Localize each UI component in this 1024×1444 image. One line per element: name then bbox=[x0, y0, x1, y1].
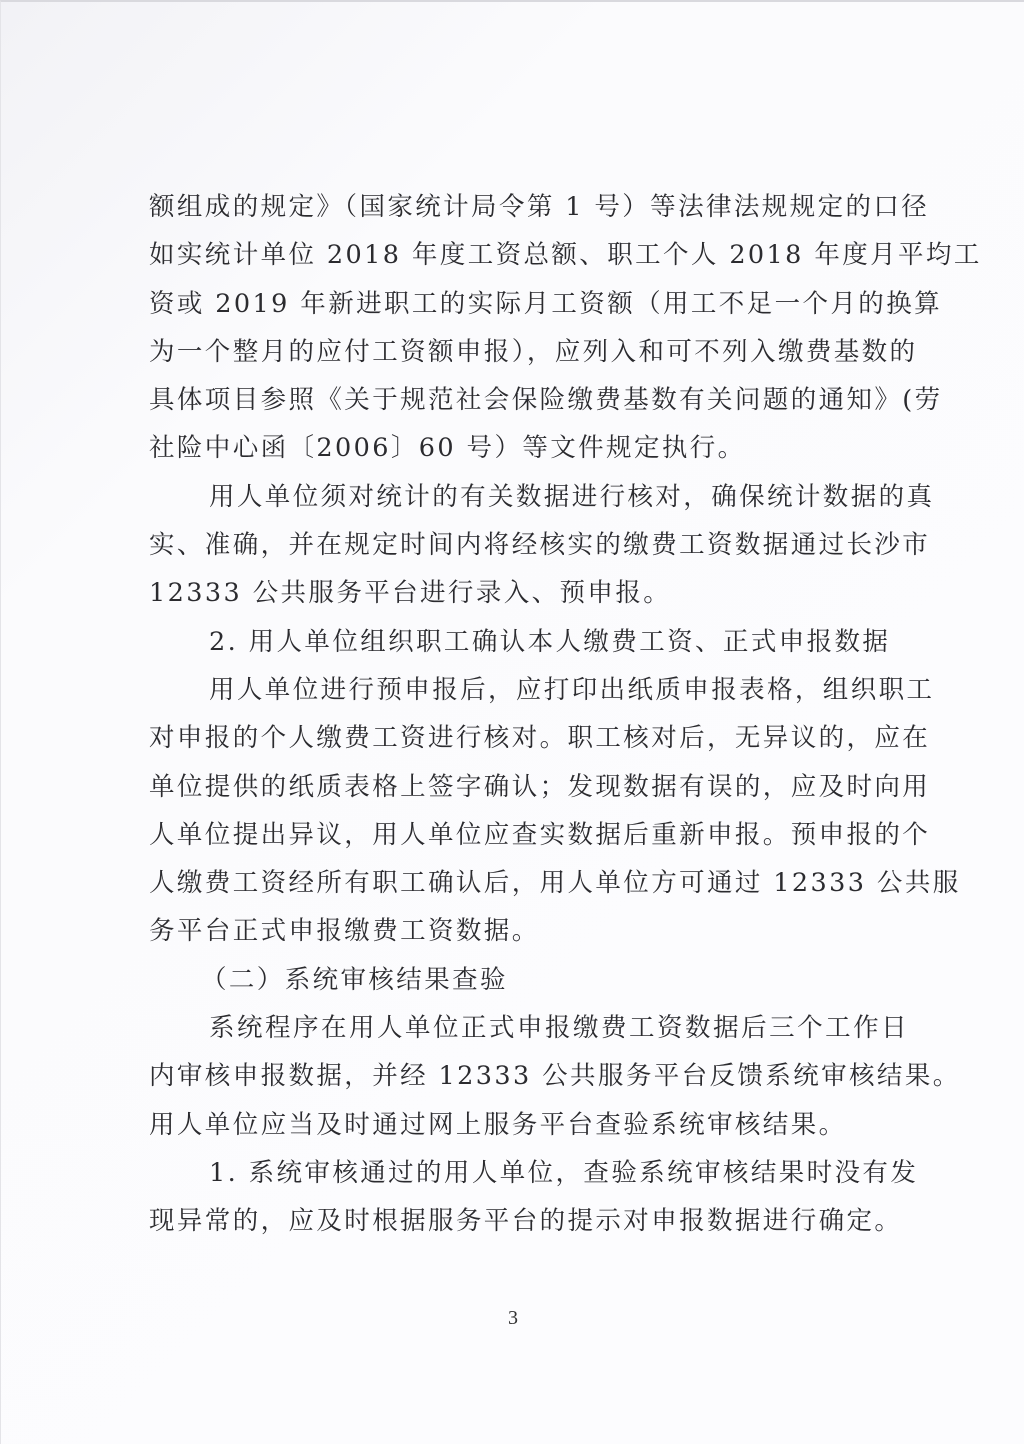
text-line: 系统程序在用人单位正式申报缴费工资数据后三个工作日 bbox=[149, 1004, 909, 1052]
section-heading: 2. 用人单位组织职工确认本人缴费工资、正式申报数据 bbox=[149, 618, 909, 666]
text-line: 用人单位须对统计的有关数据进行核对，确保统计数据的真 bbox=[149, 473, 909, 521]
text-line: 对申报的个人缴费工资进行核对。职工核对后，无异议的，应在 bbox=[149, 714, 909, 762]
section-heading: （二）系统审核结果查验 bbox=[149, 956, 909, 1004]
text-line: 务平台正式申报缴费工资数据。 bbox=[149, 907, 909, 955]
text-line: 现异常的，应及时根据服务平台的提示对申报数据进行确定。 bbox=[149, 1197, 909, 1245]
text-line: 1. 系统审核通过的用人单位，查验系统审核结果时没有发 bbox=[149, 1149, 909, 1197]
text-line: 额组成的规定》（国家统计局令第 1 号）等法律法规规定的口径 bbox=[149, 183, 909, 231]
text-line: 具体项目参照《关于规范社会保险缴费基数有关问题的通知》(劳 bbox=[149, 376, 909, 424]
text-line: 为一个整月的应付工资额申报），应列入和可不列入缴费基数的 bbox=[149, 328, 909, 376]
text-line: 社险中心函〔2006〕60 号）等文件规定执行。 bbox=[149, 424, 909, 472]
text-line: 12333 公共服务平台进行录入、预申报。 bbox=[149, 569, 909, 617]
text-line: 用人单位进行预申报后，应打印出纸质申报表格，组织职工 bbox=[149, 666, 909, 714]
text-line: 内审核申报数据，并经 12333 公共服务平台反馈系统审核结果。 bbox=[149, 1052, 909, 1100]
document-page: 额组成的规定》（国家统计局令第 1 号）等法律法规规定的口径 如实统计单位 20… bbox=[0, 0, 1024, 1444]
text-line: 资或 2019 年新进职工的实际月工资额（用工不足一个月的换算 bbox=[149, 280, 909, 328]
document-body: 额组成的规定》（国家统计局令第 1 号）等法律法规规定的口径 如实统计单位 20… bbox=[149, 183, 909, 1246]
page-number: 3 bbox=[1, 1307, 1024, 1330]
text-line: 人缴费工资经所有职工确认后，用人单位方可通过 12333 公共服 bbox=[149, 859, 909, 907]
text-line: 人单位提出异议，用人单位应查实数据后重新申报。预申报的个 bbox=[149, 811, 909, 859]
text-line: 用人单位应当及时通过网上服务平台查验系统审核结果。 bbox=[149, 1101, 909, 1149]
text-line: 单位提供的纸质表格上签字确认；发现数据有误的，应及时向用 bbox=[149, 763, 909, 811]
text-line: 如实统计单位 2018 年度工资总额、职工个人 2018 年度月平均工 bbox=[149, 231, 909, 279]
text-line: 实、准确，并在规定时间内将经核实的缴费工资数据通过长沙市 bbox=[149, 521, 909, 569]
